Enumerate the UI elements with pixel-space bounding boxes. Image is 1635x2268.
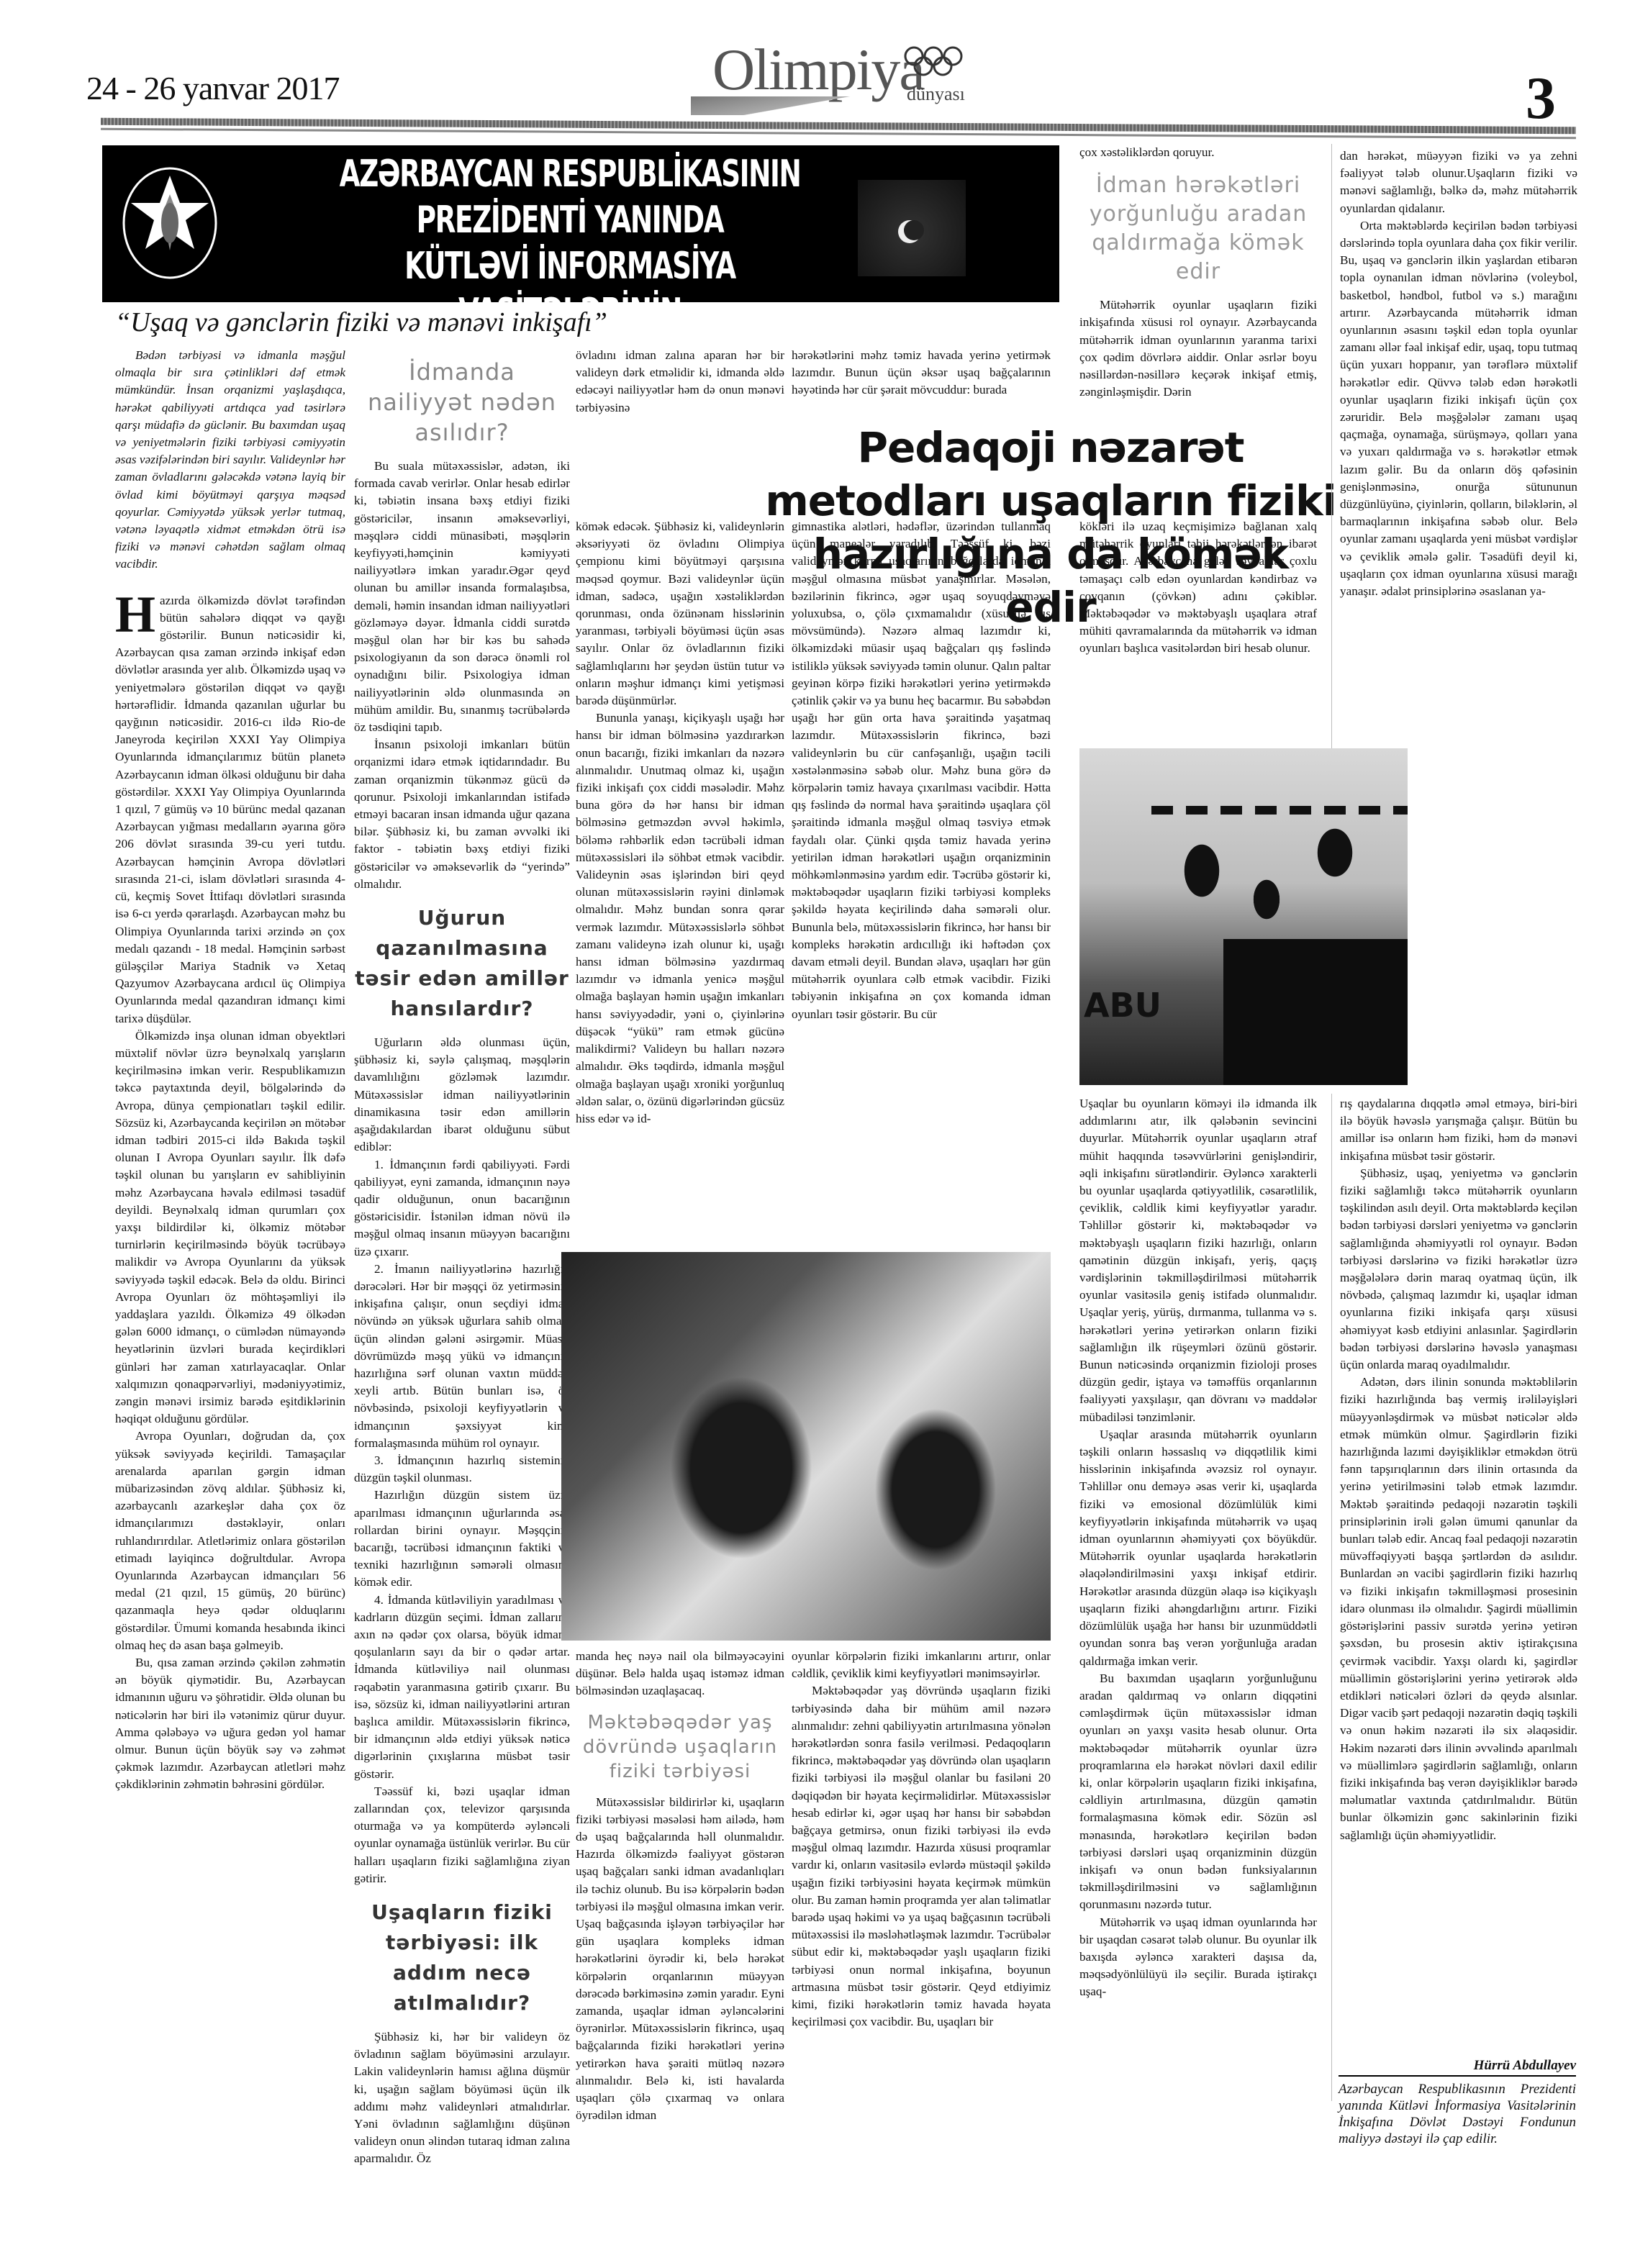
column-5-top: çox xəstəliklərdən qoruyur. İdman hərəkə… [1079, 144, 1317, 401]
drop-cap: H [115, 594, 155, 635]
lead-paragraph: Bədən tərbiyəsi və idmanla məşğul olmaql… [115, 347, 345, 573]
column-4-top: hərəkətlərini məhz təmiz havada yerinə y… [792, 347, 1051, 399]
subheading: Uşaqların fiziki tərbiyəsi: ilk addım ne… [354, 1897, 570, 2018]
subheading: Məktəbəqədər yaş dövründə uşaqların fizi… [576, 1710, 784, 1784]
olympic-rings-icon [901, 45, 966, 81]
article-tagline: “Uşaq və gənclərin fiziki və mənəvi inki… [115, 307, 607, 338]
author-name: Hürrü Abdullayev [1339, 2058, 1576, 2077]
paragraph: Ölkəmizdə inşa olunan idman obyektləri m… [115, 1028, 345, 1428]
paragraph: Məktəbəqədər yaş dövründə uşaqların fizi… [792, 1682, 1051, 2031]
paragraph: çox xəstəliklərdən qoruyur. [1079, 144, 1317, 161]
paragraph: Uşaqlar arasında mütəhərrik oyunların tə… [1079, 1426, 1317, 1670]
paragraph: dan hərəkət, müəyyən fiziki və ya zehni … [1340, 148, 1577, 217]
issue-date: 24 - 26 yanvar 2017 [86, 69, 339, 107]
masthead-rule [101, 118, 1576, 135]
paragraph: Bu, qısa zaman ərzində çəkilən zəhmətin … [115, 1654, 345, 1794]
paragraph: gimnastika alətləri, hədəflər, üzərindən… [792, 518, 1051, 1023]
article-credit: Hürrü Abdullayev Azərbaycan Respublikası… [1339, 2058, 1576, 2147]
column-3: kömək edəcək. Şübhəsiz ki, valideynlərin… [576, 518, 784, 1238]
paragraph: Hazırlığın düzgün sistem üzrə aparılması… [354, 1487, 570, 1591]
column-6: rış qaydalarına dıqqətlə əməl etməyə, bi… [1340, 1095, 1577, 2052]
column-4-bottom: oyunlar körpələrin fiziki imkanlarını ar… [792, 1648, 1051, 2031]
photo-children-handball: ABU [1079, 748, 1408, 1085]
paragraph: 1. İdmançının fərdi qabiliyyəti. Fərdi q… [354, 1156, 570, 1261]
paragraph: Mütəhərrik oyunlar uşaqların fiziki inki… [1079, 296, 1317, 401]
paragraph: Adətən, dərs ilinin sonunda məktəbliləri… [1340, 1374, 1577, 1843]
paragraph: İnsanın psixoloji imkanları bütün orqani… [354, 736, 570, 893]
subheading: İdman hərəkətləri yorğunluğu aradan qald… [1079, 171, 1317, 286]
paragraph: Şübhəsiz ki, hər bir valideyn öz övladın… [354, 2028, 570, 2168]
column-5-mid: kökləri ilə uzaq keçmişimizə bağlanan xa… [1079, 518, 1317, 658]
column-6-top: dan hərəkət, müəyyən fiziki və ya zehni … [1340, 148, 1577, 748]
logo-word: Olimpiya [712, 36, 924, 104]
paragraph: Hazırda ölkəmizdə dövlət tərəfindən bütü… [115, 592, 345, 1028]
sign-text: ABU [1084, 986, 1161, 1025]
subheading: İdmanda nailiyyət nədən asılıdır? [354, 357, 570, 448]
subheading: Uğurun qazanılmasına təsir edən amillər … [354, 903, 570, 1024]
column-2: İdmanda nailiyyət nədən asılıdır? Bu sua… [354, 347, 570, 2168]
paragraph: Uğurların əldə olunması üçün, şübhəsiz k… [354, 1034, 570, 1156]
paragraph: Orta məktəblərdə keçirilən bədən tərbiyə… [1340, 217, 1577, 600]
fund-banner: AZƏRBAYCAN RESPUBLİKASININ PREZİDENTİ YA… [102, 145, 1059, 302]
paragraph: rış qaydalarına dıqqətlə əməl etməyə, bi… [1340, 1095, 1577, 1165]
paragraph: 3. İdmançının hazırlıq sisteminin düzgün… [354, 1452, 570, 1487]
paragraph: övladını idman zalına aparan hər bir val… [576, 347, 784, 417]
funding-note: Azərbaycan Respublikasının Prezidenti ya… [1339, 2081, 1576, 2147]
paragraph: 4. İdmanda kütləviliyin yaradılması və k… [354, 1592, 570, 1783]
logo-subtitle: dünyası [907, 83, 965, 105]
photo-children-running [561, 1252, 1051, 1641]
paragraph: Bu suala mütəxəssislər, adətən, iki form… [354, 458, 570, 736]
paragraph: oyunlar körpələrin fiziki imkanlarını ar… [792, 1648, 1051, 1682]
column-4: gimnastika alətləri, hədəflər, üzərindən… [792, 518, 1051, 1238]
paragraph: Mütəxəssislər bildirirlər ki, uşaqların … [576, 1794, 784, 2125]
paragraph: Bu baxımdan uşaqların yorğunluğunu arada… [1079, 1670, 1317, 1914]
column-3-bottom: manda heç nəyə nail ola bilməyəcəyini dü… [576, 1648, 784, 2124]
state-emblem-icon [119, 165, 220, 281]
paragraph: Bununla yanaşı, kiçikyaşlı uşağı hər han… [576, 709, 784, 1128]
page-number: 3 [1526, 63, 1556, 133]
banner-line-1: AZƏRBAYCAN RESPUBLİKASININ PREZİDENTİ YA… [337, 151, 803, 243]
flag-image [858, 180, 966, 276]
logo-swoosh [691, 96, 900, 115]
newspaper-logo: Olimpiya dünyası [691, 36, 993, 115]
goal-shadow [1223, 939, 1408, 1085]
column-divider [1331, 144, 1332, 748]
column-1: Bədən tərbiyəsi və idmanla məşğul olmaql… [115, 347, 345, 1794]
goal-net [1151, 806, 1408, 815]
column-3-top: övladını idman zalına aparan hər bir val… [576, 347, 784, 417]
crescent-icon [858, 180, 966, 276]
column-divider [1331, 1094, 1332, 2101]
paragraph: Avropa Oyunları, doğrudan da, çox yüksək… [115, 1428, 345, 1654]
paragraph: Təəssüf ki, bəzi uşaqlar idman zallarınd… [354, 1783, 570, 1887]
paragraph: kökləri ilə uzaq keçmişimizə bağlanan xa… [1079, 518, 1317, 658]
paragraph: Şübhəsiz, uşaq, yeniyetmə və gənclərin f… [1340, 1165, 1577, 1374]
paragraph: kömək edəcək. Şübhəsiz ki, valideynlərin… [576, 518, 784, 709]
paragraph: Uşaqlar bu oyunların köməyi ilə idmanda … [1079, 1095, 1317, 1426]
paragraph: 2. İmanın nailiyyətlərinə hazırlığın dər… [354, 1261, 570, 1452]
paragraph: manda heç nəyə nail ola bilməyəcəyini dü… [576, 1648, 784, 1700]
column-5: Uşaqlar bu oyunların köməyi ilə idmanda … [1079, 1095, 1317, 2074]
paragraph: Mütəhərrik və uşaq idman oyunlarında hər… [1079, 1914, 1317, 2001]
paragraph: hərəkətlərini məhz təmiz havada yerinə y… [792, 347, 1051, 399]
